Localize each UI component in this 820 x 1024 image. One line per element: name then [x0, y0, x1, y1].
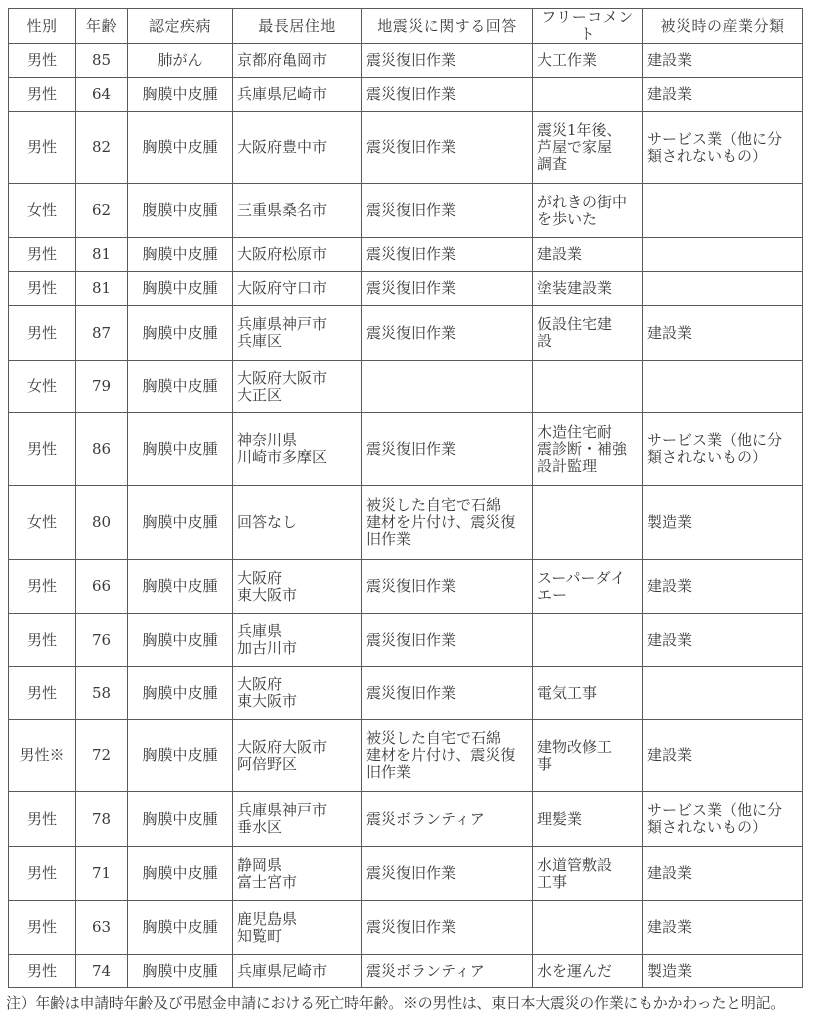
cell-free-comment-line: 水道管敷設: [537, 857, 638, 874]
cell-earthquake-answer: 震災復旧作業: [362, 272, 533, 306]
cell-age: 64: [76, 78, 128, 112]
table-row: 男性78胸膜中皮腫兵庫県神戸市垂水区震災ボランティア理髪業サービス業（他に分類さ…: [9, 792, 803, 847]
cell-free-comment: [533, 78, 643, 112]
cell-residence: 大阪府豊中市: [233, 112, 362, 184]
cell-residence-line: 知覧町: [237, 928, 357, 945]
cell-disease: 胸膜中皮腫: [128, 238, 233, 272]
cell-age: 76: [76, 614, 128, 667]
cell-industry-line: 建設業: [647, 86, 798, 103]
cell-free-comment: 建物改修工事: [533, 720, 643, 792]
cell-free-comment-line: 芦屋で家屋: [537, 139, 638, 156]
cell-industry-line: 類されないもの）: [647, 819, 798, 836]
cell-disease: 胸膜中皮腫: [128, 614, 233, 667]
cell-sex: 男性: [9, 272, 76, 306]
cell-industry: 製造業: [643, 486, 803, 560]
cell-disease: 胸膜中皮腫: [128, 78, 233, 112]
cell-earthquake-answer-line: 震災復旧作業: [366, 139, 528, 156]
cell-free-comment: 電気工事: [533, 667, 643, 720]
cell-free-comment-line: 事: [537, 756, 638, 773]
cell-disease: 肺がん: [128, 44, 233, 78]
cell-age: 81: [76, 238, 128, 272]
cell-residence-line: 阿倍野区: [237, 756, 357, 773]
table-row: 男性85肺がん京都府亀岡市震災復旧作業大工作業建設業: [9, 44, 803, 78]
cell-industry: 建設業: [643, 847, 803, 901]
cell-residence: 大阪府大阪市大正区: [233, 361, 362, 413]
cell-free-comment: [533, 361, 643, 413]
cell-free-comment-line: 電気工事: [537, 685, 638, 702]
table-row: 男性82胸膜中皮腫大阪府豊中市震災復旧作業震災1年後、芦屋で家屋調査サービス業（…: [9, 112, 803, 184]
cell-free-comment: 理髪業: [533, 792, 643, 847]
cell-earthquake-answer-line: 旧作業: [366, 764, 528, 781]
cell-free-comment: 水を運んだ: [533, 955, 643, 988]
cell-free-comment: 大工作業: [533, 44, 643, 78]
asbestos-cases-table: 性別 年齢 認定疾病 最長居住地 地震災に関する回答 フリーコメント 被災時の産…: [8, 8, 803, 988]
cell-residence-line: 兵庫県神戸市: [237, 316, 357, 333]
cell-industry: 製造業: [643, 955, 803, 988]
cell-industry-line: サービス業（他に分: [647, 802, 798, 819]
cell-residence-line: 兵庫県尼崎市: [237, 963, 357, 980]
cell-industry: [643, 667, 803, 720]
cell-residence-line: 三重県桑名市: [237, 202, 357, 219]
cell-earthquake-answer: 震災復旧作業: [362, 238, 533, 272]
cell-industry-line: 類されないもの）: [647, 148, 798, 165]
table-row: 男性66胸膜中皮腫大阪府東大阪市震災復旧作業スーパーダイエー建設業: [9, 560, 803, 614]
cell-residence: 大阪府大阪市阿倍野区: [233, 720, 362, 792]
cell-earthquake-answer: 震災復旧作業: [362, 306, 533, 361]
cell-sex: 男性: [9, 560, 76, 614]
cell-disease: 胸膜中皮腫: [128, 847, 233, 901]
table-row: 女性62腹膜中皮腫三重県桑名市震災復旧作業がれきの街中を歩いた: [9, 184, 803, 238]
cell-sex: 男性: [9, 238, 76, 272]
table-row: 男性※72胸膜中皮腫大阪府大阪市阿倍野区被災した自宅で石綿建材を片付け、震災復旧…: [9, 720, 803, 792]
cell-age: 72: [76, 720, 128, 792]
header-sex: 性別: [9, 9, 76, 44]
table-row: 女性80胸膜中皮腫回答なし被災した自宅で石綿建材を片付け、震災復旧作業製造業: [9, 486, 803, 560]
table-row: 男性63胸膜中皮腫鹿児島県知覧町震災復旧作業建設業: [9, 901, 803, 955]
cell-residence: 鹿児島県知覧町: [233, 901, 362, 955]
cell-industry: [643, 184, 803, 238]
cell-earthquake-answer: [362, 361, 533, 413]
table-row: 男性58胸膜中皮腫大阪府東大阪市震災復旧作業電気工事: [9, 667, 803, 720]
cell-residence-line: 川崎市多摩区: [237, 449, 357, 466]
cell-age: 74: [76, 955, 128, 988]
cell-earthquake-answer: 震災復旧作業: [362, 44, 533, 78]
cell-free-comment: [533, 614, 643, 667]
cell-free-comment-line: 大工作業: [537, 52, 638, 69]
cell-residence: 大阪府守口市: [233, 272, 362, 306]
cell-free-comment-line: 理髪業: [537, 811, 638, 828]
cell-age: 78: [76, 792, 128, 847]
cell-residence-line: 兵庫県神戸市: [237, 802, 357, 819]
cell-free-comment-line: 震災1年後、: [537, 122, 638, 139]
cell-disease: 胸膜中皮腫: [128, 361, 233, 413]
cell-free-comment-line: 仮設住宅建: [537, 316, 638, 333]
header-industry: 被災時の産業分類: [643, 9, 803, 44]
cell-residence-line: 鹿児島県: [237, 911, 357, 928]
cell-earthquake-answer-line: 震災復旧作業: [366, 280, 528, 297]
cell-residence-line: 神奈川県: [237, 432, 357, 449]
cell-earthquake-answer-line: 震災復旧作業: [366, 865, 528, 882]
cell-industry: 建設業: [643, 44, 803, 78]
cell-residence-line: 大正区: [237, 387, 357, 404]
cell-age: 63: [76, 901, 128, 955]
cell-industry: [643, 361, 803, 413]
cell-free-comment-line: 調査: [537, 156, 638, 173]
cell-earthquake-answer-line: 震災復旧作業: [366, 246, 528, 263]
cell-disease: 胸膜中皮腫: [128, 955, 233, 988]
cell-free-comment-line: 木造住宅耐: [537, 424, 638, 441]
cell-age: 58: [76, 667, 128, 720]
cell-residence-line: 静岡県: [237, 857, 357, 874]
cell-residence: 兵庫県加古川市: [233, 614, 362, 667]
cell-disease: 胸膜中皮腫: [128, 720, 233, 792]
cell-residence: 神奈川県川崎市多摩区: [233, 413, 362, 486]
header-age: 年齢: [76, 9, 128, 44]
cell-industry: サービス業（他に分類されないもの）: [643, 112, 803, 184]
footnote: 注）年齢は申請時年齢及び弔慰金申請における死亡時年齢。※の男性は、東日本大震災の…: [6, 992, 785, 1013]
cell-age: 87: [76, 306, 128, 361]
cell-earthquake-answer: 震災復旧作業: [362, 614, 533, 667]
cell-industry-line: 建設業: [647, 632, 798, 649]
cell-residence: 静岡県富士宮市: [233, 847, 362, 901]
cell-residence-line: 兵庫県尼崎市: [237, 86, 357, 103]
cell-residence-line: 東大阪市: [237, 587, 357, 604]
cell-residence-line: 大阪府: [237, 676, 357, 693]
header-disease: 認定疾病: [128, 9, 233, 44]
cell-free-comment: がれきの街中を歩いた: [533, 184, 643, 238]
cell-earthquake-answer-line: 震災復旧作業: [366, 578, 528, 595]
cell-free-comment-line: がれきの街中: [537, 194, 638, 211]
table-body: 男性85肺がん京都府亀岡市震災復旧作業大工作業建設業男性64胸膜中皮腫兵庫県尼崎…: [9, 44, 803, 988]
cell-industry-line: 建設業: [647, 865, 798, 882]
cell-earthquake-answer-line: 震災復旧作業: [366, 325, 528, 342]
cell-residence: 大阪府東大阪市: [233, 560, 362, 614]
table-row: 男性81胸膜中皮腫大阪府守口市震災復旧作業塗装建設業: [9, 272, 803, 306]
cell-residence-line: 垂水区: [237, 819, 357, 836]
cell-earthquake-answer: 被災した自宅で石綿建材を片付け、震災復旧作業: [362, 720, 533, 792]
cell-free-comment: 震災1年後、芦屋で家屋調査: [533, 112, 643, 184]
cell-industry: 建設業: [643, 560, 803, 614]
cell-residence-line: 東大阪市: [237, 693, 357, 710]
cell-disease: 胸膜中皮腫: [128, 306, 233, 361]
cell-sex: 男性: [9, 901, 76, 955]
cell-age: 80: [76, 486, 128, 560]
cell-free-comment: 仮設住宅建設: [533, 306, 643, 361]
cell-free-comment-line: 工事: [537, 874, 638, 891]
cell-age: 66: [76, 560, 128, 614]
cell-earthquake-answer-line: 被災した自宅で石綿: [366, 730, 528, 747]
cell-sex: 男性: [9, 847, 76, 901]
table-row: 男性86胸膜中皮腫神奈川県川崎市多摩区震災復旧作業木造住宅耐震診断・補強設計監理…: [9, 413, 803, 486]
cell-industry: [643, 238, 803, 272]
cell-earthquake-answer-line: 震災復旧作業: [366, 632, 528, 649]
cell-industry: 建設業: [643, 901, 803, 955]
cell-sex: 男性※: [9, 720, 76, 792]
cell-earthquake-answer-line: 震災ボランティア: [366, 811, 528, 828]
cell-residence: 大阪府松原市: [233, 238, 362, 272]
cell-residence: 大阪府東大阪市: [233, 667, 362, 720]
cell-residence-line: 大阪府: [237, 570, 357, 587]
cell-industry: サービス業（他に分類されないもの）: [643, 792, 803, 847]
cell-sex: 女性: [9, 486, 76, 560]
cell-industry: [643, 272, 803, 306]
cell-earthquake-answer: 被災した自宅で石綿建材を片付け、震災復旧作業: [362, 486, 533, 560]
cell-sex: 男性: [9, 78, 76, 112]
cell-free-comment: 塗装建設業: [533, 272, 643, 306]
cell-earthquake-answer: 震災復旧作業: [362, 78, 533, 112]
cell-free-comment-line: を歩いた: [537, 211, 638, 228]
header-earthquake-answer: 地震災に関する回答: [362, 9, 533, 44]
cell-disease: 胸膜中皮腫: [128, 792, 233, 847]
cell-residence-line: 加古川市: [237, 640, 357, 657]
cell-earthquake-answer-line: 震災復旧作業: [366, 685, 528, 702]
cell-industry-line: 建設業: [647, 747, 798, 764]
cell-residence: 兵庫県神戸市垂水区: [233, 792, 362, 847]
cell-free-comment: [533, 486, 643, 560]
cell-earthquake-answer: 震災復旧作業: [362, 560, 533, 614]
cell-residence-line: 大阪府大阪市: [237, 739, 357, 756]
cell-industry: 建設業: [643, 720, 803, 792]
cell-sex: 男性: [9, 955, 76, 988]
cell-free-comment: 水道管敷設工事: [533, 847, 643, 901]
cell-disease: 胸膜中皮腫: [128, 413, 233, 486]
table-row: 男性64胸膜中皮腫兵庫県尼崎市震災復旧作業建設業: [9, 78, 803, 112]
cell-earthquake-answer: 震災ボランティア: [362, 792, 533, 847]
cell-earthquake-answer-line: 震災復旧作業: [366, 441, 528, 458]
header-row: 性別 年齢 認定疾病 最長居住地 地震災に関する回答 フリーコメント 被災時の産…: [9, 9, 803, 44]
table-row: 女性79胸膜中皮腫大阪府大阪市大正区: [9, 361, 803, 413]
cell-earthquake-answer: 震災復旧作業: [362, 413, 533, 486]
cell-free-comment-line: 水を運んだ: [537, 963, 638, 980]
cell-residence-line: 富士宮市: [237, 874, 357, 891]
cell-earthquake-answer: 震災復旧作業: [362, 847, 533, 901]
cell-industry-line: サービス業（他に分: [647, 432, 798, 449]
cell-age: 71: [76, 847, 128, 901]
cell-earthquake-answer: 震災復旧作業: [362, 667, 533, 720]
table-row: 男性74胸膜中皮腫兵庫県尼崎市震災ボランティア水を運んだ製造業: [9, 955, 803, 988]
cell-industry: 建設業: [643, 614, 803, 667]
cell-sex: 男性: [9, 44, 76, 78]
cell-industry-line: 製造業: [647, 514, 798, 531]
cell-age: 79: [76, 361, 128, 413]
cell-sex: 男性: [9, 614, 76, 667]
cell-industry: 建設業: [643, 78, 803, 112]
cell-residence: 兵庫県神戸市兵庫区: [233, 306, 362, 361]
cell-industry-line: 建設業: [647, 52, 798, 69]
table-row: 男性87胸膜中皮腫兵庫県神戸市兵庫区震災復旧作業仮設住宅建設建設業: [9, 306, 803, 361]
cell-residence: 京都府亀岡市: [233, 44, 362, 78]
cell-residence: 回答なし: [233, 486, 362, 560]
cell-sex: 男性: [9, 413, 76, 486]
header-free-comment: フリーコメント: [533, 9, 643, 44]
cell-earthquake-answer-line: 震災復旧作業: [366, 52, 528, 69]
cell-disease: 胸膜中皮腫: [128, 560, 233, 614]
cell-residence-line: 兵庫県: [237, 623, 357, 640]
cell-free-comment: [533, 901, 643, 955]
table-row: 男性76胸膜中皮腫兵庫県加古川市震災復旧作業建設業: [9, 614, 803, 667]
cell-disease: 胸膜中皮腫: [128, 667, 233, 720]
cell-residence: 兵庫県尼崎市: [233, 955, 362, 988]
cell-sex: 女性: [9, 361, 76, 413]
cell-disease: 胸膜中皮腫: [128, 112, 233, 184]
cell-free-comment-line: 設: [537, 333, 638, 350]
cell-residence-line: 大阪府松原市: [237, 246, 357, 263]
header-residence: 最長居住地: [233, 9, 362, 44]
cell-residence-line: 大阪府豊中市: [237, 139, 357, 156]
cell-free-comment: 建設業: [533, 238, 643, 272]
cell-disease: 腹膜中皮腫: [128, 184, 233, 238]
cell-age: 62: [76, 184, 128, 238]
cell-age: 85: [76, 44, 128, 78]
cell-residence: 兵庫県尼崎市: [233, 78, 362, 112]
cell-sex: 男性: [9, 792, 76, 847]
cell-earthquake-answer-line: 建材を片付け、震災復: [366, 747, 528, 764]
cell-industry: 建設業: [643, 306, 803, 361]
cell-disease: 胸膜中皮腫: [128, 486, 233, 560]
cell-earthquake-answer-line: 震災復旧作業: [366, 202, 528, 219]
cell-residence-line: 大阪府大阪市: [237, 370, 357, 387]
cell-industry-line: 建設業: [647, 919, 798, 936]
cell-sex: 男性: [9, 667, 76, 720]
cell-industry-line: 類されないもの）: [647, 449, 798, 466]
cell-free-comment-line: スーパーダイ: [537, 570, 638, 587]
table-row: 男性71胸膜中皮腫静岡県富士宮市震災復旧作業水道管敷設工事建設業: [9, 847, 803, 901]
cell-sex: 男性: [9, 112, 76, 184]
cell-earthquake-answer: 震災復旧作業: [362, 112, 533, 184]
cell-free-comment-line: 塗装建設業: [537, 280, 638, 297]
cell-residence: 三重県桑名市: [233, 184, 362, 238]
cell-industry-line: 建設業: [647, 325, 798, 342]
cell-residence-line: 大阪府守口市: [237, 280, 357, 297]
cell-industry-line: 建設業: [647, 578, 798, 595]
cell-earthquake-answer-line: 震災復旧作業: [366, 86, 528, 103]
cell-earthquake-answer-line: 旧作業: [366, 531, 528, 548]
cell-disease: 胸膜中皮腫: [128, 901, 233, 955]
cell-free-comment-line: 建物改修工: [537, 739, 638, 756]
cell-residence-line: 回答なし: [237, 514, 357, 531]
cell-free-comment: 木造住宅耐震診断・補強設計監理: [533, 413, 643, 486]
cell-earthquake-answer: 震災ボランティア: [362, 955, 533, 988]
cell-earthquake-answer: 震災復旧作業: [362, 184, 533, 238]
cell-earthquake-answer-line: 被災した自宅で石綿: [366, 497, 528, 514]
cell-residence-line: 京都府亀岡市: [237, 52, 357, 69]
cell-free-comment-line: 建設業: [537, 246, 638, 263]
cell-residence-line: 兵庫区: [237, 333, 357, 350]
cell-industry: サービス業（他に分類されないもの）: [643, 413, 803, 486]
cell-disease: 胸膜中皮腫: [128, 272, 233, 306]
table-row: 男性81胸膜中皮腫大阪府松原市震災復旧作業建設業: [9, 238, 803, 272]
cell-age: 81: [76, 272, 128, 306]
cell-free-comment-line: 震診断・補強: [537, 441, 638, 458]
cell-earthquake-answer-line: 震災復旧作業: [366, 919, 528, 936]
cell-age: 86: [76, 413, 128, 486]
cell-industry-line: 製造業: [647, 963, 798, 980]
cell-free-comment-line: 設計監理: [537, 458, 638, 475]
cell-free-comment: スーパーダイエー: [533, 560, 643, 614]
cell-earthquake-answer: 震災復旧作業: [362, 901, 533, 955]
cell-sex: 女性: [9, 184, 76, 238]
cell-earthquake-answer-line: 震災ボランティア: [366, 963, 528, 980]
cell-age: 82: [76, 112, 128, 184]
cell-free-comment-line: エー: [537, 587, 638, 604]
cell-industry-line: サービス業（他に分: [647, 131, 798, 148]
cell-sex: 男性: [9, 306, 76, 361]
cell-earthquake-answer-line: 建材を片付け、震災復: [366, 514, 528, 531]
